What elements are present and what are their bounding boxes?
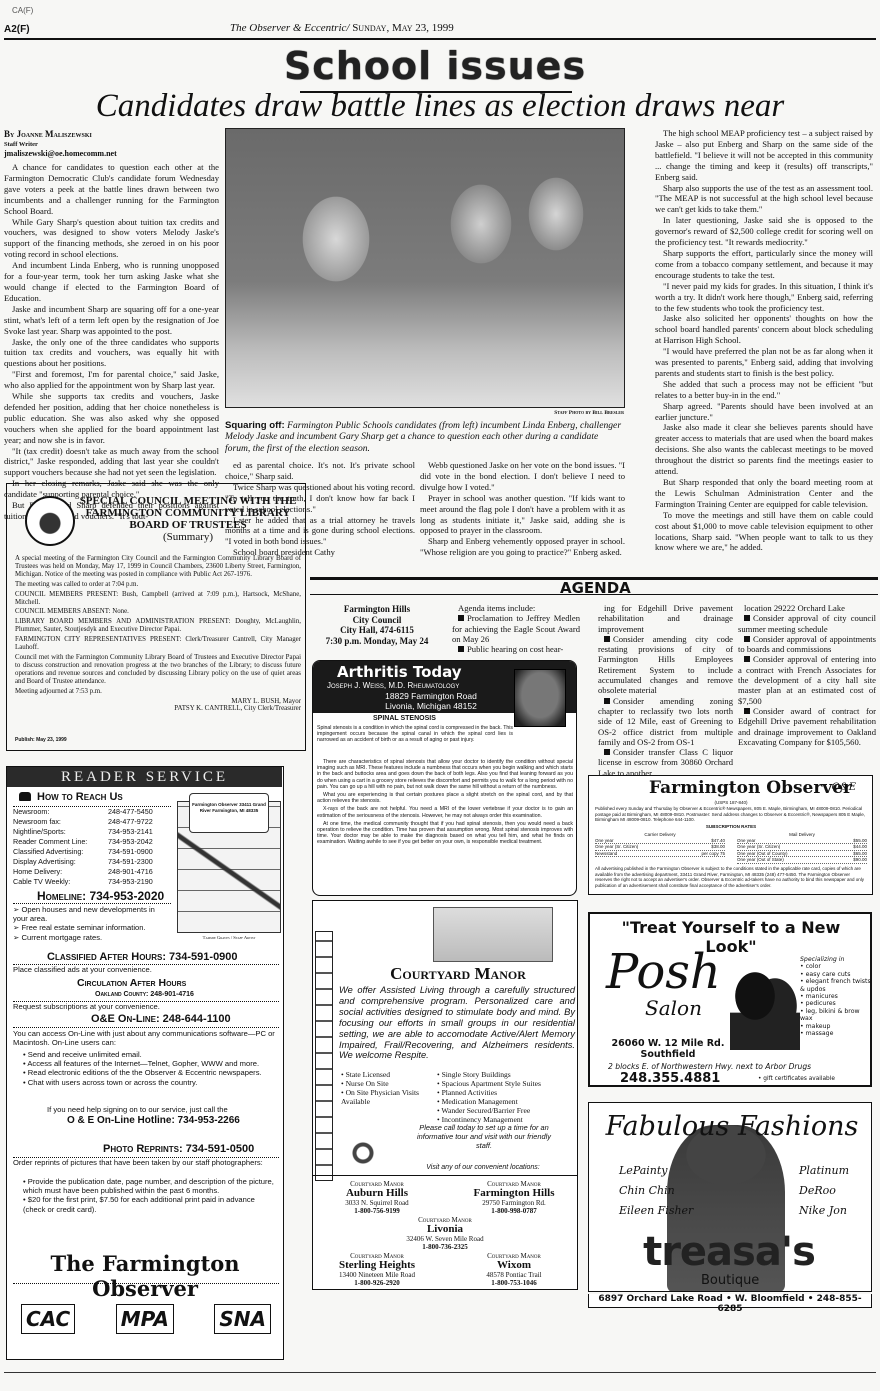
list-item: Platinum xyxy=(799,1161,849,1181)
list-item: Consider approval of entering into a con… xyxy=(738,654,876,705)
list-item: Meeting adjourned at 7:53 p.m. xyxy=(15,688,301,696)
list-item: FARMINGTON CITY REPRESENTATIVES PRESENT:… xyxy=(15,636,301,652)
list-item: And incumbent Linda Enberg, who is runni… xyxy=(4,260,219,304)
list-item: • massage xyxy=(800,1030,872,1037)
notice-title: SPECIAL COUNCIL MEETING WITH THE FARMING… xyxy=(77,495,299,543)
page-code: CA(F) xyxy=(12,6,33,15)
contact-row: Home Delivery:248-901-4716 xyxy=(13,867,173,877)
contact-row: Classified Advertising:734-591-0900 xyxy=(13,847,173,857)
photo-reprints-heading: Photo Reprints: 734-591-0500 xyxy=(103,1143,254,1155)
list-item: • Medication Management xyxy=(437,1097,577,1106)
posh-salon-ad: "Treat Yourself to a New Look" Posh Salo… xyxy=(588,912,872,1087)
candidates-photo xyxy=(225,128,625,408)
contact-list: Newsroom:248-477-5450 Newsroom fax:248-4… xyxy=(13,807,173,887)
publication-info: Published every Sunday and Thursday by O… xyxy=(595,806,867,823)
list-item: Chin Chin xyxy=(619,1181,693,1201)
list-item: Public hearing on cost hear- xyxy=(452,644,580,654)
mayor-signature: MARY L. BUSH, Mayor xyxy=(15,698,301,706)
list-item: ing for Edgehill Drive pavement rehabili… xyxy=(598,603,733,634)
online-hotline: O & E On-Line Hotline: 734-953-2266 xyxy=(67,1115,240,1126)
courtyard-manor-ad: Courtyard Manor We offer Assisted Living… xyxy=(312,900,578,1290)
subscription-rates: Carrier Delivery One year$47.40 One year… xyxy=(595,832,867,864)
list-item: • color xyxy=(800,963,872,970)
visit-locations: Visit any of our convenient locations: xyxy=(393,1164,573,1171)
store-address: 6897 Orchard Lake Road • W. Bloomfield •… xyxy=(588,1294,872,1308)
pillar-illustration xyxy=(315,931,333,1181)
location-farmington-hills: Courtyard Manor Farmington Hills 29750 F… xyxy=(453,1180,575,1215)
contact-row: Newsroom:248-477-5450 xyxy=(13,807,173,817)
list-item: "I would have preferred the plan not be … xyxy=(655,346,873,379)
list-item: There are characteristics of spinal sten… xyxy=(317,759,573,790)
bottom-rule xyxy=(4,1372,876,1373)
bullet-icon xyxy=(458,615,464,621)
top-rule xyxy=(4,38,876,40)
call-to-action: Please call today to set up a time for a… xyxy=(409,1123,559,1150)
list-item: • Wander Secured/Barrier Free xyxy=(437,1106,577,1115)
byline: By Joanne Maliszewski Staff Writer jmali… xyxy=(4,130,219,159)
bullet-icon xyxy=(744,615,750,621)
issue-date: Sunday, May 23, 1999 xyxy=(352,22,454,34)
list-item: • Planned Activities xyxy=(437,1088,577,1097)
classified-heading: Classified After Hours: 734-591-0900 xyxy=(47,951,238,963)
list-item: COUNCIL MEMBERS ABSENT: None. xyxy=(15,608,301,616)
store-name: treasa's xyxy=(629,1229,829,1275)
section-kicker: School issues xyxy=(270,44,600,88)
circulation-item: Request subscriptions at your convenienc… xyxy=(13,1002,273,1011)
list-item: Jaske also solicited her opponents' thou… xyxy=(655,313,873,346)
divider xyxy=(13,903,171,904)
rates-title: SUBSCRIPTION RATES xyxy=(595,824,867,830)
gift-certificates: • gift certificates available xyxy=(758,1076,835,1082)
doctor-name: Joseph J. Weiss, M.D. Rheumatology xyxy=(327,681,459,690)
models-silhouette xyxy=(730,966,800,1050)
caption-text: Farmington Public Schools candidates (fr… xyxy=(225,420,621,454)
features-right: • Single Story Buildings• Spacious Apart… xyxy=(437,1070,577,1124)
clerk-signature: PATSY K. CANTRELL, City Clerk/Treasurer xyxy=(15,705,301,713)
list-item: To move the meetings and still have them… xyxy=(655,510,873,554)
article-body: There are characteristics of spinal sten… xyxy=(317,759,573,848)
online-heading: O&E On-Line: 248-644-1100 xyxy=(91,1013,231,1025)
story-column-2b: Webb questioned Jaske on her vote on the… xyxy=(420,460,625,558)
notice-body: A special meeting of the Farmington City… xyxy=(15,555,301,713)
bullet-icon xyxy=(744,708,750,714)
paper-name: The Observer & Eccentric/ xyxy=(230,22,349,34)
salon-address: 26060 W. 12 Mile Rd. Southfield xyxy=(608,1038,728,1060)
online-help: If you need help signing on to our servi… xyxy=(47,1105,267,1114)
list-item: ➢ Current mortgage rates. xyxy=(13,933,163,942)
homeline-heading: Homeline: 734-953-2020 xyxy=(37,889,164,903)
membership-badges: CAC MPA SNA xyxy=(21,1289,271,1349)
list-item: ➢ Open houses and new developments in yo… xyxy=(13,905,163,923)
list-item: LePainty xyxy=(619,1161,693,1181)
cac-badge: CAC xyxy=(21,1304,75,1334)
features-left: • State Licensed• Nurse On Site• On Site… xyxy=(341,1070,431,1106)
location-livonia: Courtyard Manor Livonia 32406 W. Seven M… xyxy=(383,1216,507,1251)
contact-row: Cable TV Weekly:734-953-2190 xyxy=(13,877,173,887)
divider xyxy=(13,1283,279,1284)
list-item: • pedicures xyxy=(800,1000,872,1007)
list-item: Consider transfer Class C liquor license… xyxy=(598,747,733,778)
list-item: What you are experiencing is that certai… xyxy=(317,792,573,804)
list-item: "First and foremost, I'm for parental ch… xyxy=(4,369,219,391)
list-item: Agenda items include: xyxy=(452,603,580,613)
salon-directions: 2 blocks E. of Northwestern Hwy. next to… xyxy=(608,1062,811,1071)
online-features: • Send and receive unlimited email.• Acc… xyxy=(23,1050,275,1087)
list-item: Consider approval of city council summer… xyxy=(738,613,876,634)
list-item: The meeting was called to order at 7:04 … xyxy=(15,581,301,589)
usps-number: (USPS 187-840) xyxy=(595,800,867,806)
list-item: While she supports tax credits and vouch… xyxy=(4,391,219,446)
map-label: Farmington Observer 33411 Grand River Fa… xyxy=(189,793,269,833)
photo-caption: Squaring off: Farmington Public Schools … xyxy=(225,420,623,454)
list-item: Consider award of contract for Edgehill … xyxy=(738,706,876,747)
article-topic: SPINAL STENOSIS xyxy=(373,715,436,722)
arthritis-today-ad: Arthritis Today Joseph J. Weiss, M.D. Rh… xyxy=(312,660,577,896)
folio-line: The Observer & Eccentric/ Sunday, May 23… xyxy=(230,22,650,34)
author-email[interactable]: jmaliszewski@oe.homecomm.net xyxy=(4,149,219,159)
list-item: • manicures xyxy=(800,993,872,1000)
list-item: • easy care cuts xyxy=(800,971,872,978)
bullet-icon xyxy=(604,636,610,642)
list-item: ➢ Free real estate seminar information. xyxy=(13,923,163,932)
telephone-icon xyxy=(19,792,31,801)
ad-headline: Fabulous Fashions xyxy=(599,1111,865,1142)
list-item: A chance for candidates to question each… xyxy=(4,162,219,217)
list-item: • Read electronic editions of the the Ob… xyxy=(23,1068,275,1077)
list-item: But Sharp responded that only the board … xyxy=(655,477,873,510)
list-item: Sharp also supports the use of the test … xyxy=(655,183,873,216)
list-item: Prayer in school was another question. "… xyxy=(420,493,625,537)
story-column-right: The high school MEAP proficiency test – … xyxy=(655,128,873,553)
author-role: Staff Writer xyxy=(4,140,219,150)
list-item: • Nurse On Site xyxy=(341,1079,431,1088)
list-item: Jaske, the only one of the three candida… xyxy=(4,337,219,370)
homeline-items: ➢ Open houses and new developments in yo… xyxy=(13,905,163,942)
list-item: Sharp supports the effort, particularly … xyxy=(655,248,873,281)
list-item: • Spacious Apartment Style Suites xyxy=(437,1079,577,1088)
bullet-icon xyxy=(604,749,610,755)
bullet-icon xyxy=(744,636,750,642)
headline: Candidates draw battle lines as election… xyxy=(40,88,840,125)
advertising-terms: All advertising published in the Farming… xyxy=(595,866,867,888)
caption-lead: Squaring off: xyxy=(225,420,285,431)
list-item: • Send and receive unlimited email. xyxy=(23,1050,275,1059)
location-wixom: Courtyard Manor Wixom 48578 Pontiac Trai… xyxy=(453,1252,575,1287)
list-item: • leg, bikini & brow wax xyxy=(800,1008,872,1023)
council-meeting-notice: SPECIAL COUNCIL MEETING WITH THE FARMING… xyxy=(6,483,306,751)
brands-right: PlatinumDeRooNike Jon xyxy=(799,1161,849,1221)
salon-logo: Salon xyxy=(645,996,702,1020)
how-to-reach-heading: How to Reach Us xyxy=(19,791,123,803)
subscription-box: Farmington Observer O&E (USPS 187-840) P… xyxy=(588,775,873,895)
circulation-phone: Oakland County: 248-901-4716 xyxy=(95,991,194,998)
oe-logo: O&E xyxy=(832,782,856,793)
list-item: In later questioning, Jaske said she is … xyxy=(655,215,873,248)
list-item: "It (tax credit) doesn't take as much aw… xyxy=(4,446,219,479)
contact-row: Display Advertising:734-591-2300 xyxy=(13,857,173,867)
reader-service-box: READER SERVICE How to Reach Us Newsroom:… xyxy=(6,766,284,1360)
agenda-column-3: location 29222 Orchard LakeConsider appr… xyxy=(738,603,876,747)
list-item: COUNCIL MEMBERS PRESENT: Bush, Campbell … xyxy=(15,591,301,607)
agenda-venue: Farmington Hills City Council City Hall,… xyxy=(312,604,442,646)
author-name: By Joanne Maliszewski xyxy=(4,130,219,140)
list-item: Jaske also made it clear she believes pa… xyxy=(655,422,873,477)
locations: Courtyard Manor Auburn Hills 3033 N. Squ… xyxy=(313,1175,577,1289)
list-item: Consider approval of appointments to boa… xyxy=(738,634,876,655)
mail-rates: Mail Delivery One year$55.00 One year (S… xyxy=(737,832,867,864)
list-item: Sharp agreed. "Parents should have been … xyxy=(655,401,873,423)
list-item: Proclamation to Jeffrey Medlen for achie… xyxy=(452,613,580,644)
sna-badge: SNA xyxy=(214,1304,271,1334)
list-item: A special meeting of the Farmington City… xyxy=(15,555,301,579)
ad-title: Arthritis Today xyxy=(337,663,462,681)
list-item: • Single Story Buildings xyxy=(437,1070,577,1079)
list-item: Consider amending city code restating pr… xyxy=(598,634,733,696)
map-credit: Tammie Graves / Staff Artist xyxy=(175,935,283,940)
salon-phone[interactable]: 248.355.4881 xyxy=(620,1071,720,1086)
page-number: A2(F) xyxy=(4,24,30,35)
list-item: Consider amending zoning chapter to recl… xyxy=(598,696,733,747)
mpa-badge: MPA xyxy=(116,1304,174,1334)
treasas-boutique-ad: Fabulous Fashions LePaintyChin ChinEilee… xyxy=(588,1102,872,1292)
location-auburn-hills: Courtyard Manor Auburn Hills 3033 N. Squ… xyxy=(317,1180,437,1215)
brands-left: LePaintyChin ChinEileen Fisher xyxy=(619,1161,693,1221)
contact-row: Reader Comment Line:734-953-2042 xyxy=(13,837,173,847)
contact-row: Newsroom fax:248-477-9722 xyxy=(13,817,173,827)
bullet-icon xyxy=(604,698,610,704)
list-item: "I never paid my kids for grades. In thi… xyxy=(655,281,873,314)
reader-service-banner: READER SERVICE xyxy=(7,767,282,787)
contact-row: Nightline/Sports:734-953-2141 xyxy=(13,827,173,837)
posh-logo: Posh xyxy=(606,944,721,1000)
list-item: • makeup xyxy=(800,1023,872,1030)
list-item: LIBRARY BOARD MEMBERS AND ADMINISTRATION… xyxy=(15,618,301,634)
location-sterling-heights: Courtyard Manor Sterling Heights 13400 N… xyxy=(315,1252,439,1287)
list-item: The high school MEAP proficiency test – … xyxy=(655,128,873,183)
agenda-rule-bottom xyxy=(310,594,878,595)
list-item: location 29222 Orchard Lake xyxy=(738,603,876,613)
list-item: Webb questioned Jaske on her vote on the… xyxy=(420,460,625,493)
doctor-portrait xyxy=(514,669,566,727)
city-seal-icon xyxy=(25,496,75,546)
list-item: • Access all features of the Internet—Te… xyxy=(23,1059,275,1068)
bullet-icon xyxy=(744,656,750,662)
list-item: • $20 for the first print, $7.50 for eac… xyxy=(23,1195,275,1213)
divider xyxy=(13,1027,279,1028)
list-item: • elegant french twists & updos xyxy=(800,978,872,993)
store-subtitle: Boutique xyxy=(701,1273,759,1288)
list-item: Jaske and incumbent Sharp are squaring o… xyxy=(4,304,219,337)
online-intro: You can access On-Line with just about a… xyxy=(13,1029,275,1047)
agenda-column-2: ing for Edgehill Drive pavement rehabili… xyxy=(598,603,733,778)
flowers-illustration xyxy=(333,1123,393,1183)
circulation-heading: Circulation After Hours xyxy=(77,977,186,989)
list-item: X-rays of the back are not helpful. You … xyxy=(317,806,573,818)
photo-credit: Staff Photo by Bill Bresler xyxy=(540,410,624,416)
building-illustration xyxy=(433,907,553,962)
list-item: At one time, the medical community thoug… xyxy=(317,821,573,846)
article-intro: Spinal stenosis is a condition in which … xyxy=(317,725,513,744)
services: Specializing in • color• easy care cuts•… xyxy=(800,956,872,1037)
list-item: • On Site Physician Visits Available xyxy=(341,1088,431,1106)
story-column-1: A chance for candidates to question each… xyxy=(4,162,219,522)
list-item: • Provide the publication date, page num… xyxy=(23,1177,275,1195)
carrier-rates: Carrier Delivery One year$47.40 One year… xyxy=(595,832,725,864)
notice-paragraphs: A special meeting of the Farmington City… xyxy=(15,555,301,696)
list-item: Council met with the Farmington Communit… xyxy=(15,654,301,686)
list-item: • State Licensed xyxy=(341,1070,431,1079)
list-item: Eileen Fisher xyxy=(619,1201,693,1221)
classified-item: Place classified ads at your convenience… xyxy=(13,965,273,974)
ad-title: Courtyard Manor xyxy=(343,964,573,984)
observer-masthead: Farmington Observer xyxy=(649,778,852,798)
list-item: ed as parental choice. It's not. It's pr… xyxy=(225,460,415,482)
list-item: • Chat with users across town or across … xyxy=(23,1078,275,1087)
list-item: While Gary Sharp's question about tuitio… xyxy=(4,217,219,261)
reprints-items: • Provide the publication date, page num… xyxy=(23,1177,275,1214)
list-item: DeRoo xyxy=(799,1181,849,1201)
list-item: Sharp and Enberg vehemently opposed pray… xyxy=(420,536,625,558)
list-item: Nike Jon xyxy=(799,1201,849,1221)
bullet-icon xyxy=(458,646,464,652)
reprints-intro: Order reprints of pictures that have bee… xyxy=(13,1158,275,1167)
publish-date: Publish: May 23, 1999 xyxy=(15,737,67,743)
agenda-column-1: Agenda items include:Proclamation to Jef… xyxy=(452,603,580,654)
ad-pitch: We offer Assisted Living through a caref… xyxy=(339,985,575,1061)
list-item: She added that such a process may not be… xyxy=(655,379,873,401)
